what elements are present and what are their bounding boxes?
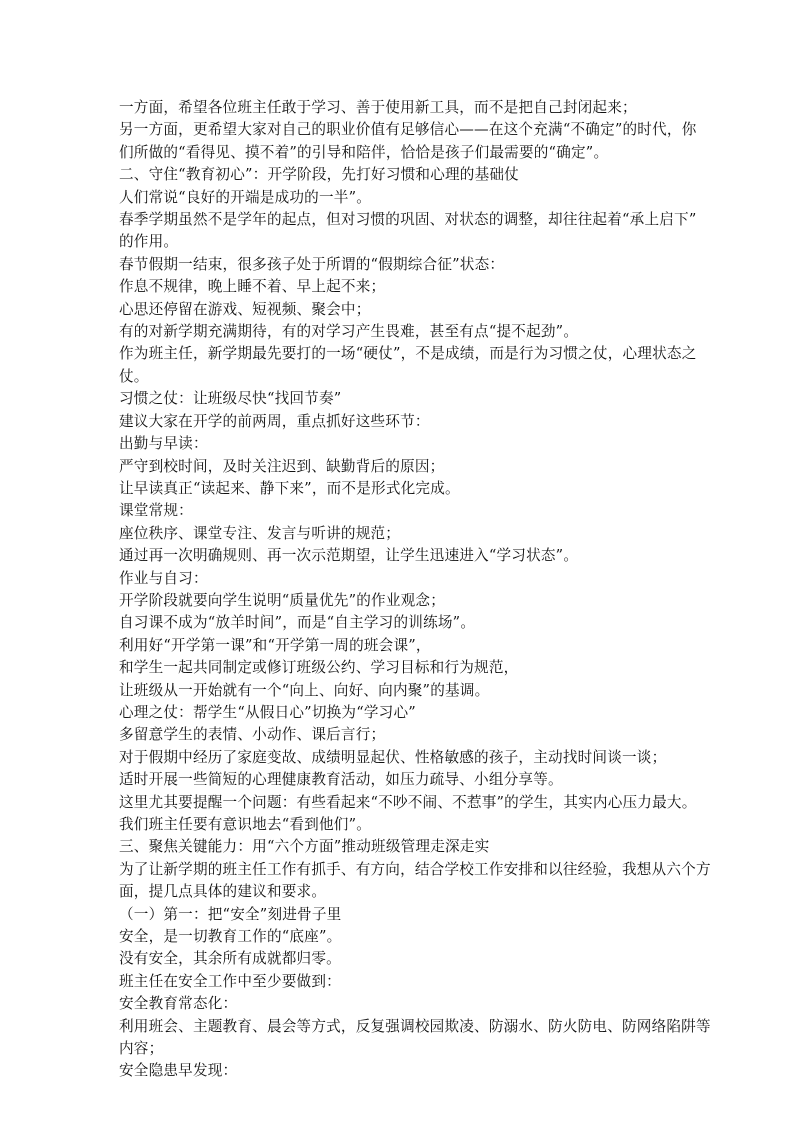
text-line: 这里尤其要提醒一个问题：有些看起来“不吵不闹、不惹事”的学生，其实内心压力最大。 (119, 792, 679, 814)
text-line: 作息不规律，晚上睡不着、早上起不来； (119, 276, 679, 298)
document-page: 一方面，希望各位班主任敢于学习、善于使用新工具，而不是把自己封闭起来； 另一方面… (119, 97, 679, 1083)
text-line: 另一方面，更希望大家对自己的职业价值有足够信心——在这个充满“不确定”的时代，你 (119, 119, 679, 141)
text-line: 多留意学生的表情、小动作、课后言行； (119, 724, 679, 746)
text-line: 建议大家在开学的前两周，重点抓好这些环节： (119, 411, 679, 433)
text-line: 有的对新学期充满期待，有的对学习产生畏难，甚至有点“提不起劲”。 (119, 321, 679, 343)
text-line: 利用班会、主题教育、晨会等方式，反复强调校园欺凌、防溺水、防火防电、防网络陷阱等 (119, 1016, 679, 1038)
text-line: 和学生一起共同制定或修订班级公约、学习目标和行为规范， (119, 657, 679, 679)
text-line: 让班级从一开始就有一个“向上、向好、向内聚”的基调。 (119, 680, 679, 702)
text-line: 通过再一次明确规则、再一次示范期望，让学生迅速进入“学习状态”。 (119, 545, 679, 567)
section-heading: 三、聚焦关键能力：用“六个方面”推动班级管理走深走实 (119, 836, 679, 858)
subsection-heading: 心理之仗：帮学生“从假日心”切换为“学习心” (119, 702, 679, 724)
text-line: 自习课不成为“放羊时间”，而是“自主学习的训练场”。 (119, 612, 679, 634)
text-line: 我们班主任要有意识地去“看到他们”。 (119, 814, 679, 836)
text-line: 们所做的“看得见、摸不着”的引导和陪伴，恰恰是孩子们最需要的“确定”。 (119, 142, 679, 164)
section-heading: 二、守住“教育初心”：开学阶段，先打好习惯和心理的基础仗 (119, 164, 679, 186)
text-line: 一方面，希望各位班主任敢于学习、善于使用新工具，而不是把自己封闭起来； (119, 97, 679, 119)
text-line: 开学阶段就要向学生说明“质量优先”的作业观念； (119, 590, 679, 612)
text-line: 严守到校时间，及时关注迟到、缺勤背后的原因； (119, 456, 679, 478)
text-line: 面，提几点具体的建议和要求。 (119, 881, 679, 903)
text-line: 适时开展一些简短的心理健康教育活动，如压力疏导、小组分享等。 (119, 769, 679, 791)
item-heading: 课堂常规： (119, 500, 679, 522)
text-line: 班主任在安全工作中至少要做到： (119, 971, 679, 993)
subsection-heading: 习惯之仗：让班级尽快“找回节奏” (119, 388, 679, 410)
text-line: 心思还停留在游戏、短视频、聚会中； (119, 299, 679, 321)
item-heading: 安全教育常态化： (119, 993, 679, 1015)
text-line: 作为班主任，新学期最先要打的一场“硬仗”，不是成绩，而是行为习惯之仗，心理状态之 (119, 343, 679, 365)
text-line: 为了让新学期的班主任工作有抓手、有方向，结合学校工作安排和以往经验，我想从六个方 (119, 859, 679, 881)
item-heading: 安全隐患早发现： (119, 1060, 679, 1082)
text-line: 利用好“开学第一课”和“开学第一周的班会课”， (119, 635, 679, 657)
text-line: 的作用。 (119, 231, 679, 253)
text-line: 座位秩序、课堂专注、发言与听讲的规范； (119, 523, 679, 545)
item-heading: 作业与自习： (119, 568, 679, 590)
text-line: 让早读真正“读起来、静下来”，而不是形式化完成。 (119, 478, 679, 500)
item-heading: 出勤与早读： (119, 433, 679, 455)
text-line: 安全，是一切教育工作的“底座”。 (119, 926, 679, 948)
text-line: 春节假期一结束，很多孩子处于所谓的“假期综合征”状态： (119, 254, 679, 276)
text-line: 对于假期中经历了家庭变故、成绩明显起伏、性格敏感的孩子，主动找时间谈一谈； (119, 747, 679, 769)
text-line: 没有安全，其余所有成就都归零。 (119, 948, 679, 970)
text-line: 春季学期虽然不是学年的起点，但对习惯的巩固、对状态的调整，却往往起着“承上启下” (119, 209, 679, 231)
text-line: 仗。 (119, 366, 679, 388)
text-line: 内容； (119, 1038, 679, 1060)
text-line: 人们常说“良好的开端是成功的一半”。 (119, 187, 679, 209)
subsection-heading: （一）第一：把“安全”刻进骨子里 (119, 904, 679, 926)
